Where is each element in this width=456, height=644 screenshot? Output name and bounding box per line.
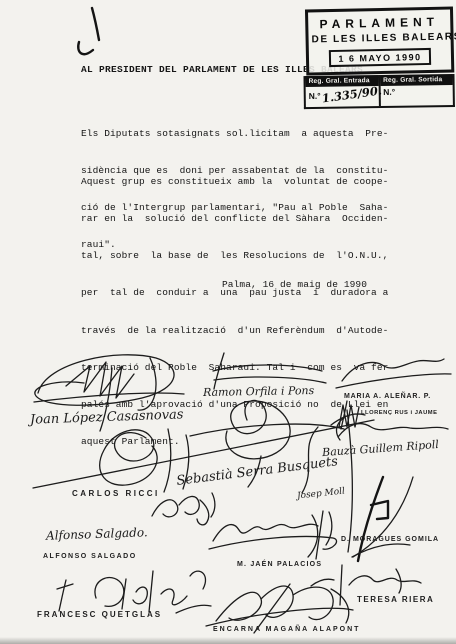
signature-name-salgado: ALFONSO SALGADO [43,553,137,560]
registry-entrada-no-value: 1.335/90. [321,83,383,105]
signature-name-alenar: MARIA A. ALEÑAR. P. [344,393,431,400]
stamp-org-line2: DE LES ILLES BALEARS [311,32,447,46]
signature-name-jaen: M. JAÉN PALACIOS [237,561,322,568]
signature-name-magana: ENCARNA MAGAÑA ALAPONT [213,626,360,633]
signature-name-rus: LLORENÇ RUS i JAUME [361,410,438,416]
signature-name-riera: TERESA RIERA [357,595,434,604]
registry-sortida-cell: N.° [380,85,453,106]
scanned-letter-page: AL PRESIDENT DEL PARLAMENT DE LES ILLES … [0,0,456,644]
stamp-date-box: 1 6 MAYO 1990 [329,48,431,67]
signature-name-moragues: D. MORAGUES GOMILA [341,536,439,543]
registry-sortida-no-label: N.° [383,87,395,97]
ink-mark-top-left [78,8,99,54]
signature-name-quetglas: FRANCESC QUETGLAS [37,610,162,619]
signature-name-ricci: CARLOS RICCI [72,489,160,498]
registry-table: Reg. Gral. Entrada N.°1.335/90. Reg. Gra… [303,74,454,109]
scan-edge-shadow [0,637,456,644]
registry-entrada-column: Reg. Gral. Entrada N.°1.335/90. [305,75,378,107]
signature-quetglas [57,571,206,612]
signature-name-orfila: Ramon Orfila i Pons [203,384,314,399]
parliament-stamp-box: PARLAMENT DE LES ILLES BALEARS 1 6 MAYO … [305,6,454,75]
stamp-org-line1: PARLAMENT [311,15,447,32]
signature-alenar [336,359,451,388]
registry-sortida-column: Reg. Gral. Sortida N.° [378,74,453,106]
registry-entrada-cell: N.°1.335/90. [306,86,379,107]
registry-entrada-no-label: N.° [309,91,321,101]
signature-ripoll-flourish [337,418,448,440]
signature-moragues [352,477,413,561]
signature-illegible-cursive [152,493,215,525]
registry-stamp: PARLAMENT DE LES ILLES BALEARS 1 6 MAYO … [305,6,455,109]
